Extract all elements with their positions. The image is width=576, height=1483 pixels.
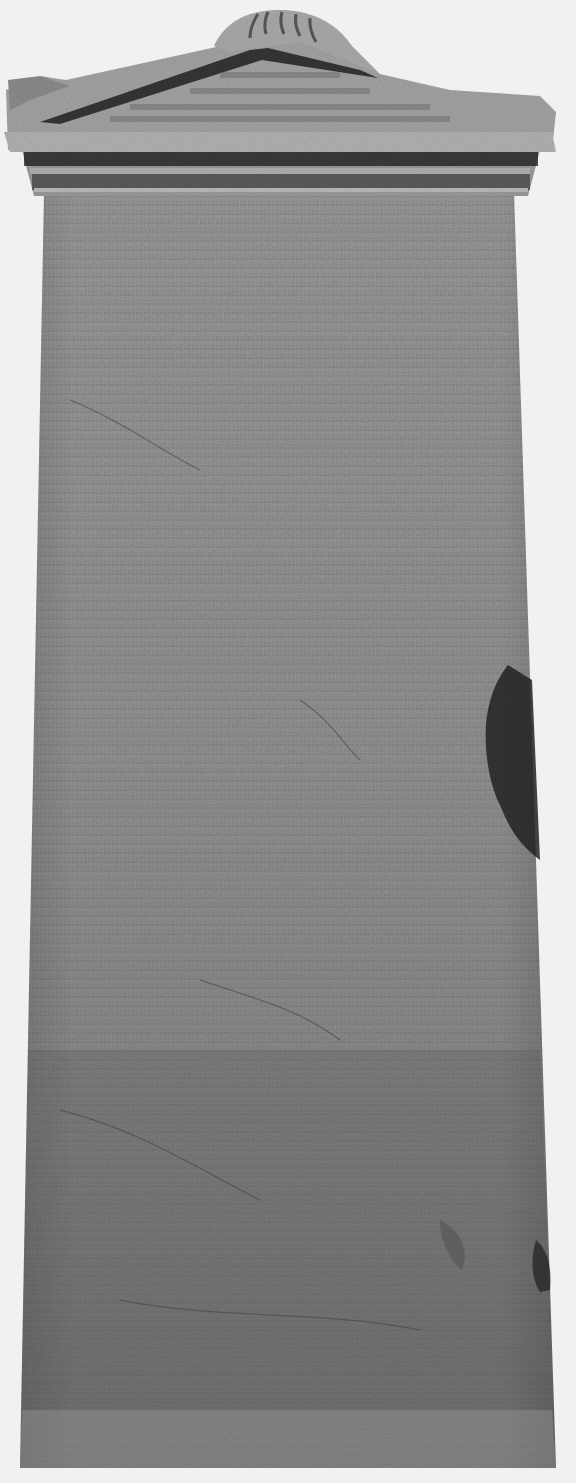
pediment-inscription-line: [190, 88, 370, 94]
cornice-edge: [34, 188, 528, 192]
base-band: [20, 1410, 556, 1468]
stele-photo: [0, 0, 576, 1483]
pediment-inscription-line: [130, 104, 430, 110]
cornice-lower-band: [32, 174, 530, 190]
pediment-inscription-line: [220, 72, 340, 78]
pediment-ledge: [4, 132, 556, 152]
photo-scene: [0, 0, 576, 1483]
pediment-inscription-line: [110, 116, 450, 122]
cornice-shadow-band: [24, 150, 538, 166]
cornice-fillet: [30, 168, 530, 174]
lower-weathering: [20, 1050, 556, 1468]
